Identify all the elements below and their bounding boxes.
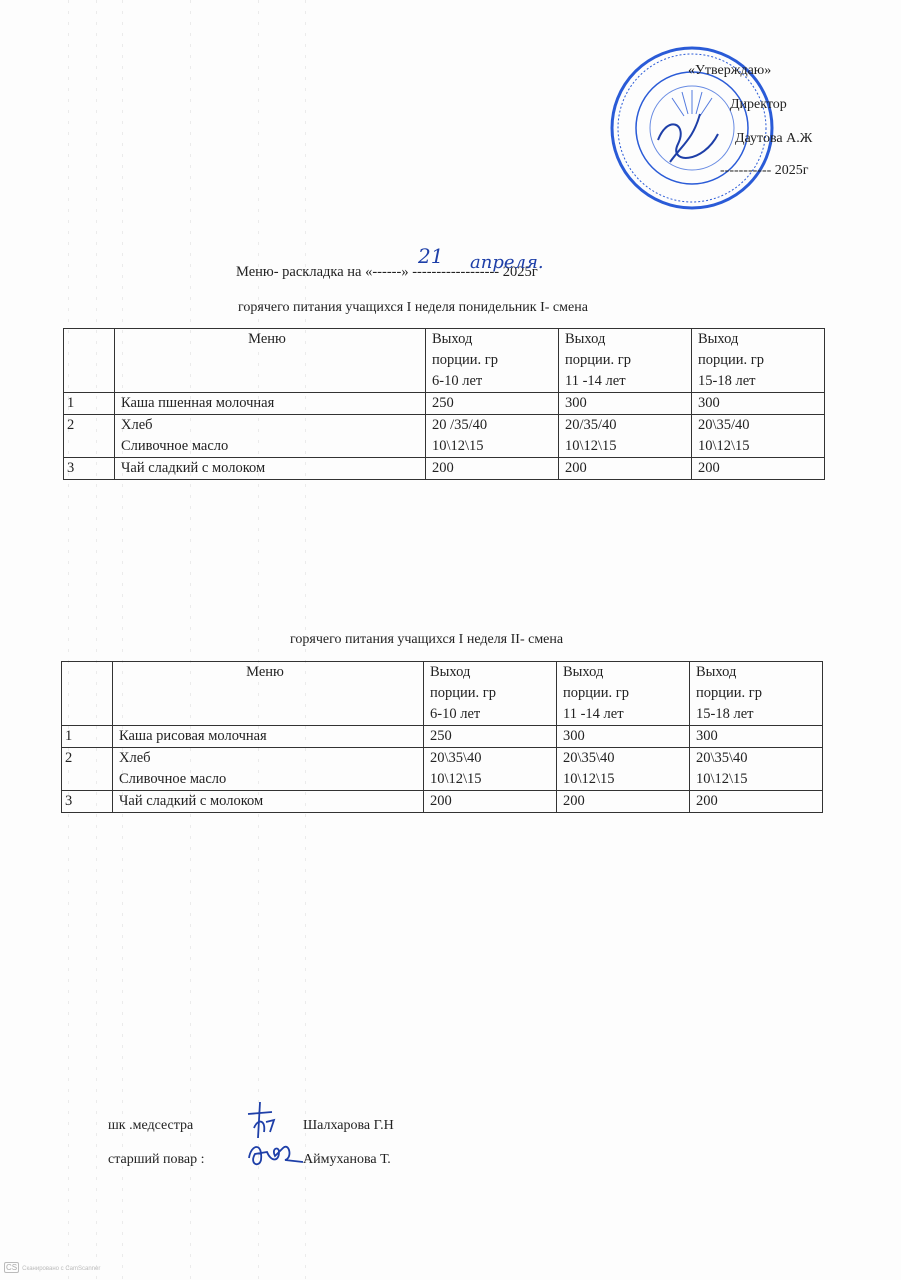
- header-cell: [64, 329, 115, 393]
- portion-11-14: 300: [557, 726, 690, 748]
- table-header-row: Меню Выход порции. гр 6-10 лет Выход пор…: [62, 662, 823, 726]
- header-cell: Меню: [115, 329, 426, 393]
- header-cell: Выход порции. гр 6-10 лет: [426, 329, 559, 393]
- header-cell: [62, 662, 113, 726]
- camscanner-logo-icon: CS: [4, 1262, 19, 1273]
- director-name: Даутова А.Ж: [735, 128, 812, 149]
- approve-label: «Утверждаю»: [688, 60, 771, 81]
- table1-subtitle: горячего питания учащихся I неделя понид…: [238, 300, 588, 316]
- portion-11-14: 200: [559, 458, 692, 480]
- table2-subtitle: горячего питания учащихся I неделя II- с…: [290, 632, 563, 648]
- handwritten-month: апреля.: [470, 252, 544, 273]
- portion-6-10: 200: [424, 791, 557, 813]
- header-cell: Выход порции. гр 6-10 лет: [424, 662, 557, 726]
- header-cell: Выход порции. гр 11 -14 лет: [557, 662, 690, 726]
- signature-name-cook: Аймуханова Т.: [303, 1152, 391, 1168]
- table-row: 3 Чай сладкий с молоком 200 200 200: [64, 458, 825, 480]
- approval-date: ----------- 2025г: [720, 160, 809, 181]
- header-cell: Выход порции. гр 15-18 лет: [692, 329, 825, 393]
- portion-6-10: 250: [426, 393, 559, 415]
- portion-11-14: 20\35\40 10\12\15: [557, 748, 690, 791]
- row-number: 2: [64, 415, 115, 458]
- portion-11-14: 300: [559, 393, 692, 415]
- portion-15-18: 200: [690, 791, 823, 813]
- portion-6-10: 20 /35/40 10\12\15: [426, 415, 559, 458]
- table-row: 2 Хлеб Сливочное масло 20 /35/40 10\12\1…: [64, 415, 825, 458]
- menu-table-shift-2: Меню Выход порции. гр 6-10 лет Выход пор…: [61, 661, 823, 813]
- scanner-watermark: CSСканировано с CamScanner: [4, 1262, 100, 1273]
- portion-6-10: 250: [424, 726, 557, 748]
- signature-role-cook: старший повар :: [108, 1152, 205, 1168]
- table-row: 2 Хлеб Сливочное масло 20\35\40 10\12\15…: [62, 748, 823, 791]
- portion-6-10: 200: [426, 458, 559, 480]
- dish-name: Чай сладкий с молоком: [115, 458, 426, 480]
- scan-artifact: [190, 0, 191, 1280]
- signature-scribble-nurse: [240, 1100, 280, 1140]
- row-number: 1: [62, 726, 113, 748]
- table-row: 3 Чай сладкий с молоком 200 200 200: [62, 791, 823, 813]
- table-header-row: Меню Выход порции. гр 6-10 лет Выход пор…: [64, 329, 825, 393]
- scan-artifact: [96, 0, 97, 1280]
- dish-name: Хлеб Сливочное масло: [113, 748, 424, 791]
- scan-artifact: [68, 0, 69, 1280]
- portion-15-18: 20\35/40 10\12\15: [692, 415, 825, 458]
- row-number: 3: [62, 791, 113, 813]
- portion-11-14: 200: [557, 791, 690, 813]
- portion-6-10: 20\35\40 10\12\15: [424, 748, 557, 791]
- header-cell: Меню: [113, 662, 424, 726]
- table-row: 1 Каша пшенная молочная 250 300 300: [64, 393, 825, 415]
- row-number: 2: [62, 748, 113, 791]
- scanner-text: Сканировано с CamScanner: [22, 1266, 100, 1272]
- table-row: 1 Каша рисовая молочная 250 300 300: [62, 726, 823, 748]
- portion-15-18: 200: [692, 458, 825, 480]
- portion-15-18: 20\35\40 10\12\15: [690, 748, 823, 791]
- header-cell: Выход порции. гр 11 -14 лет: [559, 329, 692, 393]
- dish-name: Чай сладкий с молоком: [113, 791, 424, 813]
- portion-15-18: 300: [690, 726, 823, 748]
- signature-role-nurse: шк .медсестра: [108, 1118, 193, 1134]
- portion-15-18: 300: [692, 393, 825, 415]
- scan-artifact: [258, 0, 259, 1280]
- menu-table-shift-1: Меню Выход порции. гр 6-10 лет Выход пор…: [63, 328, 825, 480]
- portion-11-14: 20/35/40 10\12\15: [559, 415, 692, 458]
- signature-name-nurse: Шалхарова Г.Н: [303, 1118, 394, 1134]
- row-number: 1: [64, 393, 115, 415]
- dish-name: Каша пшенная молочная: [115, 393, 426, 415]
- handwritten-day: 21: [418, 244, 443, 268]
- director-position: Директор: [730, 94, 787, 115]
- row-number: 3: [64, 458, 115, 480]
- signature-scribble-cook: [245, 1138, 305, 1170]
- header-cell: Выход порции. гр 15-18 лет: [690, 662, 823, 726]
- scan-artifact: [122, 0, 123, 1280]
- dish-name: Каша рисовая молочная: [113, 726, 424, 748]
- dish-name: Хлеб Сливочное масло: [115, 415, 426, 458]
